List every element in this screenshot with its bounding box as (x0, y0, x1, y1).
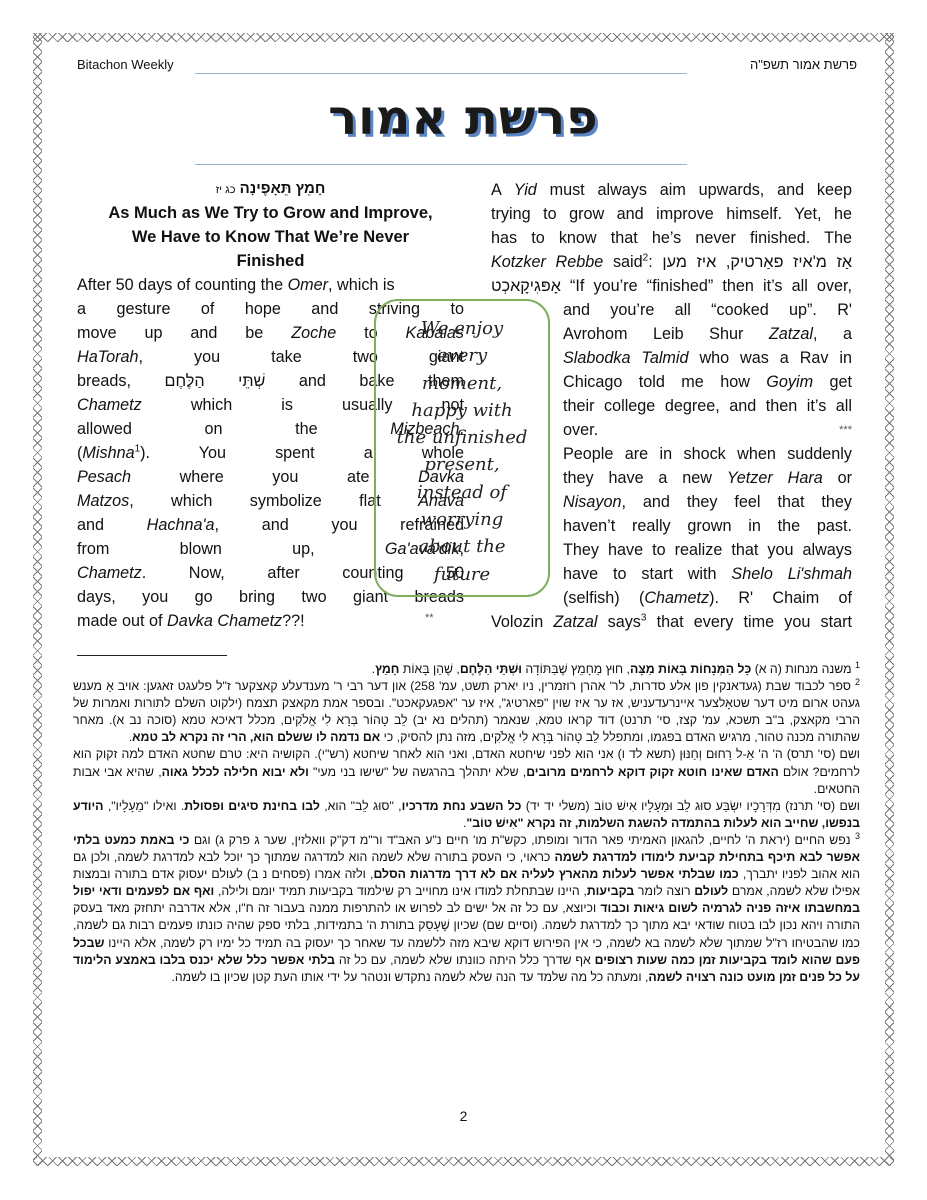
footnote: 1 משנה מנחות (ה א) כָּל הַמְּנָחוֹת בָּא… (73, 661, 860, 678)
text-line: trying to grow and improve himself. Yet,… (491, 202, 852, 226)
pull-quote-line: happy with (376, 397, 548, 424)
text-line: Nisayon, and they feel that they (563, 490, 852, 514)
heading-line: We Have to Know That We’re Never (77, 225, 464, 249)
text-line: their college degree, and then it’s all (563, 394, 852, 418)
running-header: Bitachon Weekly פרשת אמור תשפ"ה (77, 57, 857, 79)
parsha-date: פרשת אמור תשפ"ה (750, 57, 857, 72)
heading-line: Finished (77, 249, 464, 273)
text-line: Slabodka Talmid who was a Rav in (563, 346, 852, 370)
text-line: they have a new Yetzer Hara or (563, 466, 852, 490)
text-line: Chicago told me how Goyim get (563, 370, 852, 394)
verse-ref: כג יז (216, 184, 236, 196)
text-line: אָפּגִיקָאכְט “If you’re “finished” then… (491, 274, 852, 298)
pull-quote-line: the unfinished (376, 424, 548, 451)
publication-name: Bitachon Weekly (77, 57, 174, 72)
text-line: A Yid must always aim upwards, and keep (491, 178, 852, 202)
section-separator: ** (425, 612, 434, 624)
page-title: פרשת אמור (0, 90, 927, 146)
text-line: Volozin Zatzal says3 that every time you… (491, 610, 852, 634)
footnote: 3 נפש החיים (יראת ה' לחיים, להגאון האמית… (73, 832, 860, 986)
text-line: They have to realize that you always (563, 538, 852, 562)
pull-quote-line: present, (376, 451, 548, 478)
pull-quote-box: We enjoyeverymoment,happy withthe unfini… (374, 299, 550, 597)
pull-quote-line: future (376, 561, 548, 588)
pull-quote-line: instead of (376, 479, 548, 506)
article-heading: As Much as We Try to Grow and Improve, W… (77, 201, 464, 273)
text-line: over.*** (563, 418, 852, 442)
verse-heading: חָמֵץ תֵּאָפֶינָה כג יז (77, 178, 464, 201)
pull-quote-line: moment, (376, 370, 548, 397)
footnote-rule (77, 655, 227, 656)
verse-hebrew: חָמֵץ תֵּאָפֶינָה (240, 180, 326, 197)
text-line: Avrohom Leib Shur Zatzal, a (563, 322, 852, 346)
footnotes: 1 משנה מנחות (ה א) כָּל הַמְּנָחוֹת בָּא… (73, 661, 860, 986)
footnote: 2 ספר לכבוד שבת (געדאנקין פון אלע סדרות,… (73, 678, 860, 746)
text-line: made out of Davka Chametz??! (77, 609, 464, 633)
text-line: After 50 days of counting the Omer, whic… (77, 273, 464, 297)
text-line: has to know that he’s never finished. Th… (491, 226, 852, 250)
pull-quote-line: about the (376, 533, 548, 560)
header-rule (195, 73, 687, 74)
footnote: ושם (סי' תרנז) מִדְּרָכָיו יִשְׂבַּע סוּ… (73, 798, 860, 832)
text-line: (selfish) (Chametz). R' Chaim of (563, 586, 852, 610)
title-rule (195, 164, 687, 165)
footnote: ושם (סי' תרס) ה' ה' אֵ-ל רַחוּם וְחַנּוּ… (73, 746, 860, 797)
pull-quote-text: We enjoyeverymoment,happy withthe unfini… (376, 315, 548, 588)
pull-quote-line: We enjoy (376, 315, 548, 342)
section-separator: *** (839, 418, 852, 442)
heading-line: As Much as We Try to Grow and Improve, (77, 201, 464, 225)
text-line: Kotzker Rebbe said2: אַז מ'איז פאַרטיק, … (491, 250, 852, 274)
text-line: People are in shock when suddenly (563, 442, 852, 466)
text-line: have to start with Shelo Li'shmah (563, 562, 852, 586)
text-line: haven’t really grown in the past. (563, 514, 852, 538)
text-line: and you’re all “cooked up”. R' (563, 298, 852, 322)
pull-quote-line: worrying (376, 506, 548, 533)
page-number: 2 (0, 1108, 927, 1124)
pull-quote-line: every (376, 342, 548, 369)
